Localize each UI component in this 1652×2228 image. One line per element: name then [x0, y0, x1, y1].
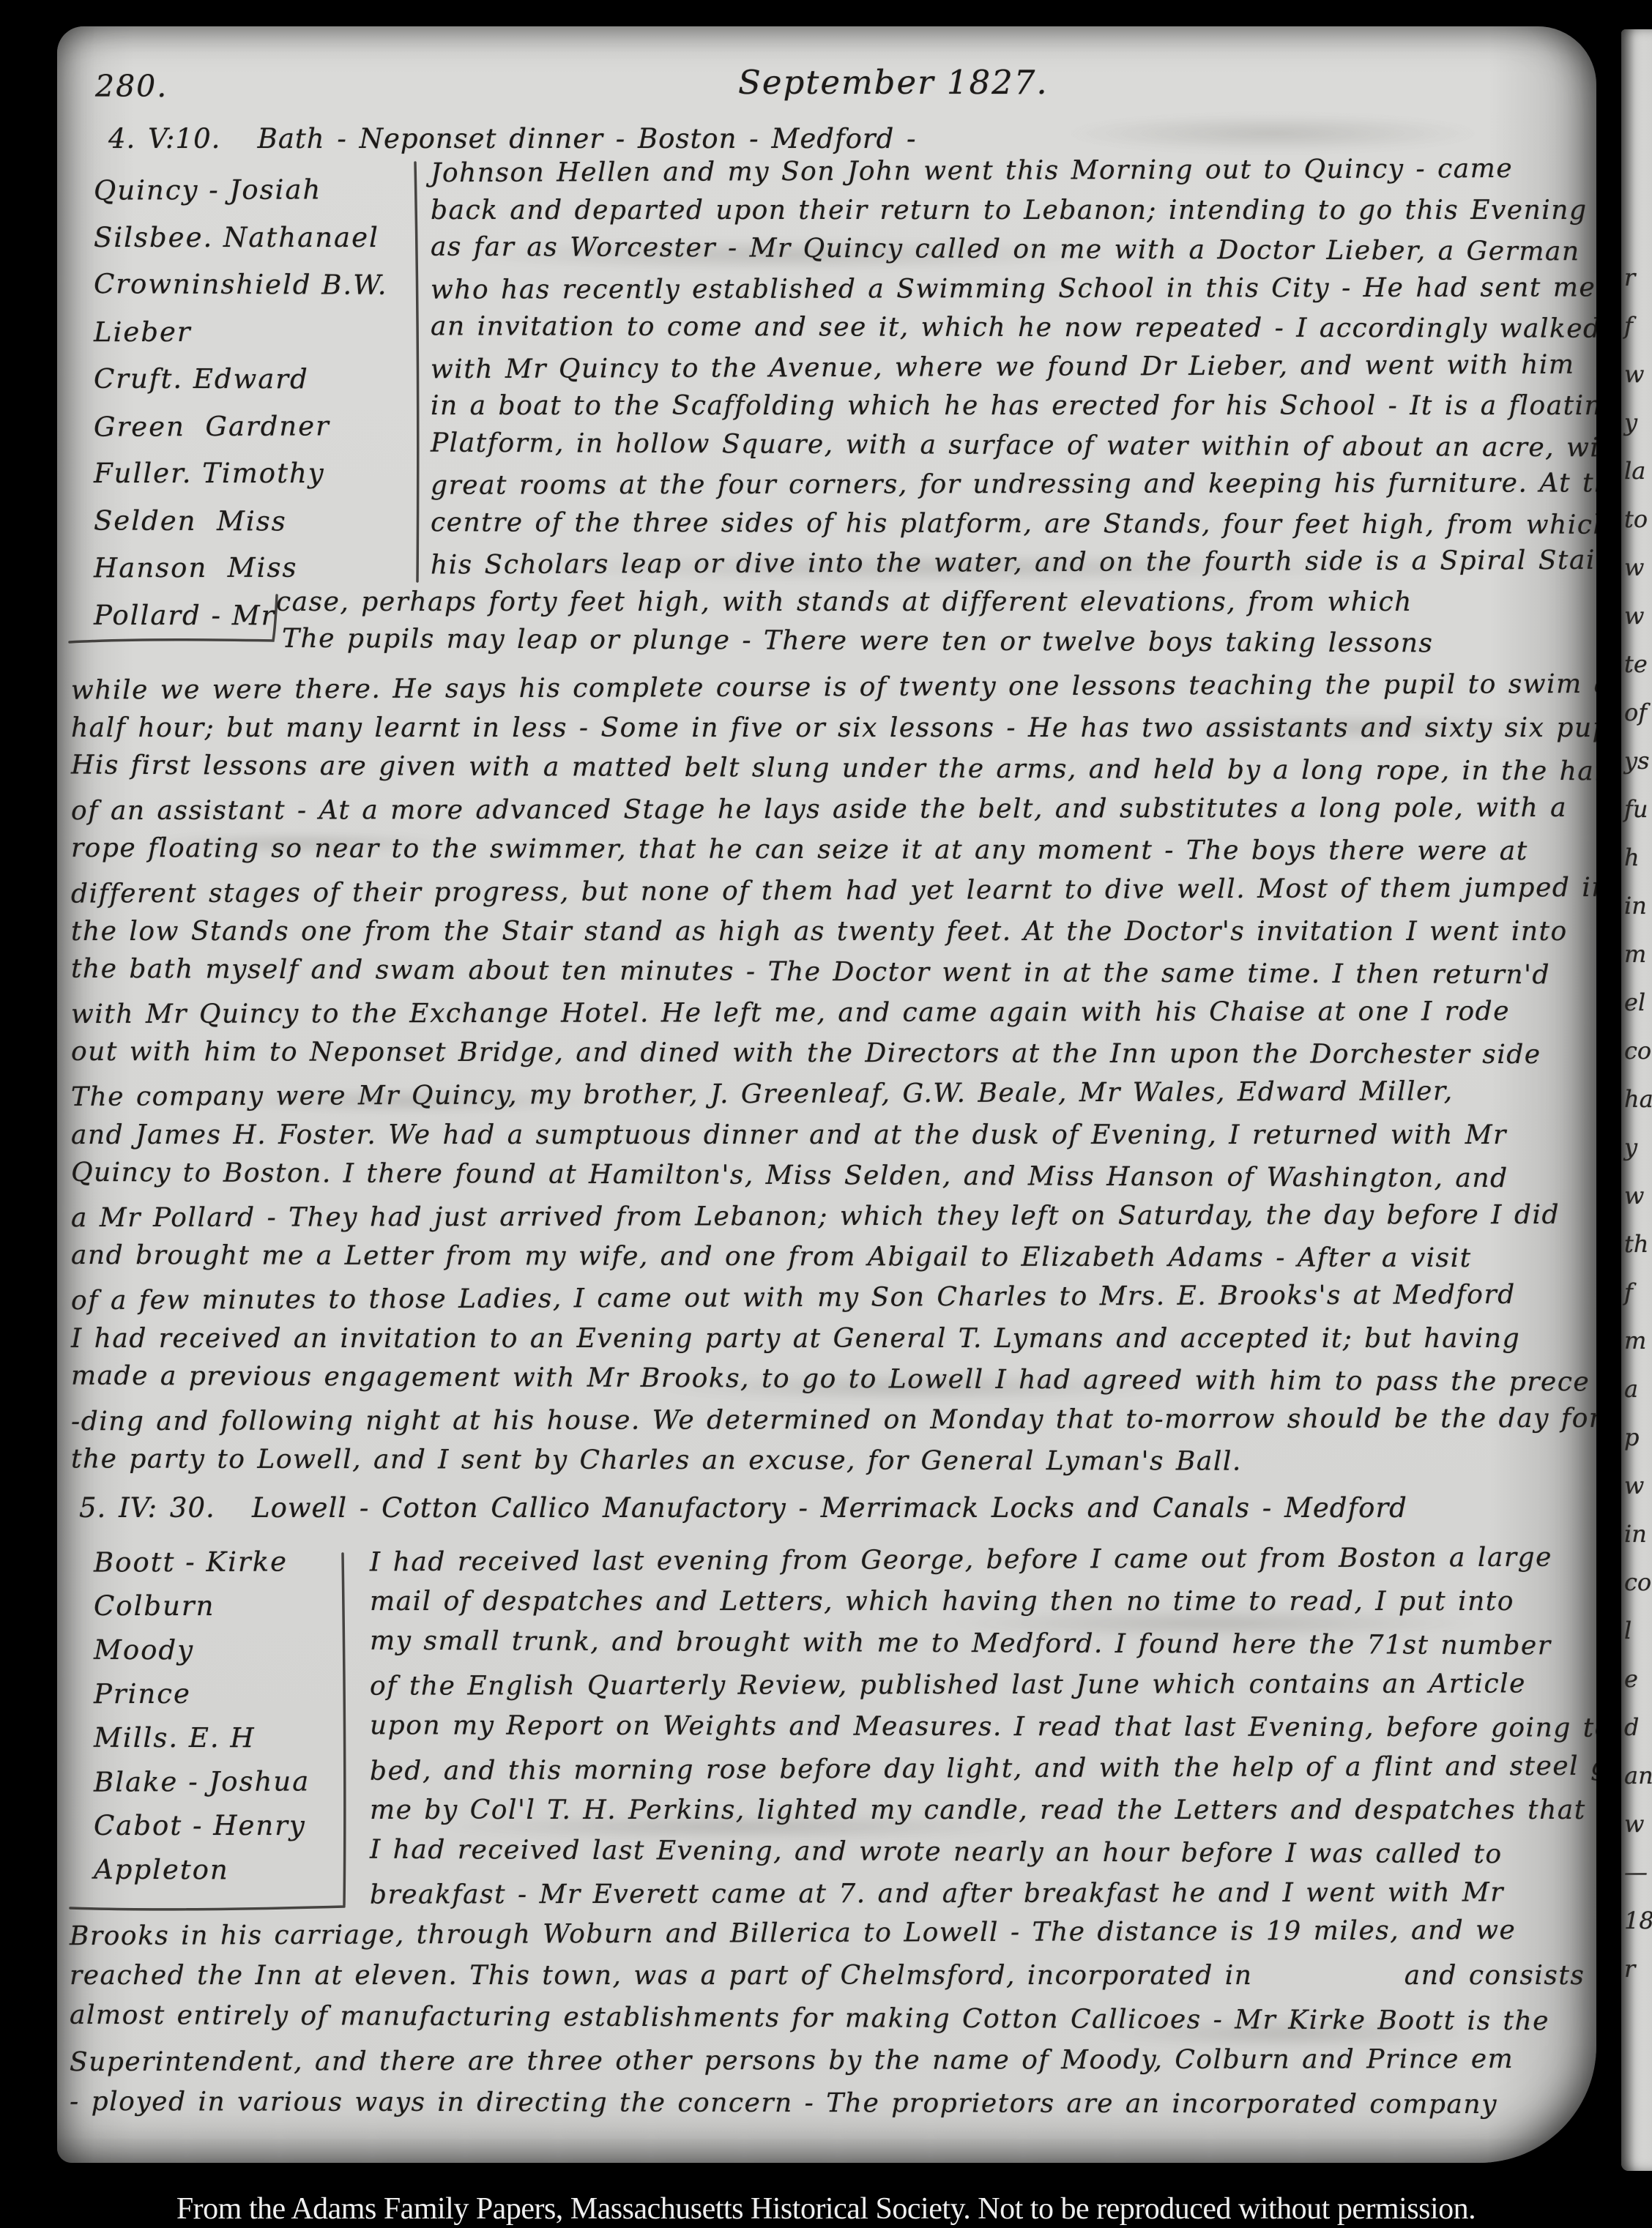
- manuscript-line: in a boat to the Scaffolding which he ha…: [431, 391, 1596, 421]
- text-fragment: h: [1624, 843, 1640, 871]
- manuscript-line: out with him to Neponset Bridge, and din…: [71, 1037, 1541, 1070]
- text-fragment: co: [1624, 1037, 1651, 1065]
- text-fragment: r: [1624, 1955, 1635, 1983]
- manuscript-line: back and departed upon their return to L…: [431, 195, 1588, 226]
- manuscript-line: as far as Worcester - Mr Quincy called o…: [431, 232, 1580, 267]
- text-fragment: w: [1624, 1182, 1644, 1210]
- text-fragment: p: [1624, 1423, 1640, 1451]
- entry-1-header: 4. V:10. Bath - Neponset dinner - Boston…: [108, 123, 917, 154]
- manuscript-line: Brooks in his carriage, through Woburn a…: [70, 1915, 1516, 1951]
- manuscript-line: rope floating so near to the swimmer, th…: [71, 833, 1528, 866]
- manuscript-line: an invitation to come and see it, which …: [431, 311, 1596, 343]
- margin-name: Pollard - Mr: [94, 600, 275, 632]
- text-fragment: f: [1624, 1278, 1633, 1306]
- facing-page-edge: rfwylatowwteofysfuhinmelcohaywthfmapwinc…: [1621, 29, 1652, 2171]
- margin-name: Cabot - Henry: [94, 1810, 306, 1841]
- margin-name: Colburn: [94, 1590, 215, 1622]
- margin-name: Quincy - Josiah: [94, 174, 321, 206]
- text-fragment: to: [1624, 505, 1648, 533]
- text-fragment: of: [1624, 698, 1647, 726]
- margin-name: Cruft. Edward: [94, 363, 309, 395]
- manuscript-line: I had received last evening from George,…: [370, 1543, 1552, 1578]
- manuscript-line: almost entirely of manufacturing establi…: [70, 2000, 1549, 2036]
- manuscript-line: bed, and this morning rose before day li…: [370, 1751, 1596, 1786]
- text-fragment: w: [1624, 1810, 1645, 1838]
- text-fragment: d: [1624, 1713, 1640, 1741]
- text-fragment: el: [1624, 988, 1645, 1016]
- manuscript-line: my small trunk, and brought with me to M…: [370, 1626, 1552, 1661]
- margin-name: Selden Miss: [94, 504, 287, 537]
- margin-name: Mills. E. H: [94, 1722, 256, 1754]
- margin-name: Moody: [94, 1634, 194, 1666]
- manuscript-line: reached the Inn at eleven. This town, wa…: [70, 1961, 1585, 1991]
- manuscript-line: the low Stands one from the Stair stand …: [71, 917, 1568, 947]
- text-fragment: a: [1624, 1375, 1638, 1403]
- manuscript-line: - ployed in various ways in directing th…: [70, 2087, 1497, 2120]
- manuscript-line: with Mr Quincy to the Avenue, where we f…: [431, 350, 1575, 385]
- manuscript-line: and James H. Foster. We had a sumptuous …: [71, 1120, 1507, 1150]
- manuscript-line: made a previous engagement with Mr Brook…: [71, 1361, 1590, 1398]
- text-fragment: e: [1624, 1665, 1638, 1693]
- text-fragment: la: [1624, 457, 1645, 485]
- manuscript-line: breakfast - Mr Everett came at 7. and af…: [370, 1877, 1504, 1910]
- text-fragment: f: [1624, 312, 1633, 340]
- page-number: 280.: [95, 69, 168, 104]
- text-fragment: r: [1624, 264, 1635, 291]
- manuscript-line: upon my Report on Weights and Measures. …: [370, 1710, 1596, 1743]
- manuscript-line: The company were Mr Quincy, my brother, …: [71, 1076, 1454, 1112]
- margin-name: Crowninshield B.W.: [94, 268, 388, 301]
- manuscript-line: of an assistant - At a more advanced Sta…: [71, 793, 1567, 826]
- manuscript-line: of the English Quarterly Review, publish…: [370, 1669, 1526, 1701]
- manuscript-line: with Mr Quincy to the Exchange Hotel. He…: [71, 996, 1510, 1029]
- text-fragment: te: [1624, 650, 1648, 678]
- manuscript-line: while we were there. He says his complet…: [71, 668, 1596, 705]
- scan-canvas: 280. September 1827. 4. V:10. Bath - Nep…: [0, 0, 1652, 2228]
- text-fragment: w: [1624, 360, 1645, 388]
- manuscript-line: I had received last Evening, and wrote n…: [370, 1835, 1503, 1869]
- manuscript-line: half hour; but many learnt in less - Som…: [71, 713, 1596, 743]
- manuscript-line: I had received an invitation to an Eveni…: [71, 1324, 1520, 1354]
- text-fragment: in: [1624, 1520, 1647, 1548]
- manuscript-line: his Scholars leap or dive into the water…: [431, 545, 1596, 581]
- text-fragment: in: [1624, 892, 1647, 920]
- manuscript-line: His first lessons are given with a matte…: [71, 750, 1596, 787]
- margin-name: Appleton: [94, 1854, 229, 1886]
- margin-name: Fuller. Timothy: [94, 458, 325, 489]
- text-fragment: y: [1624, 1133, 1637, 1161]
- text-fragment: ha: [1624, 1085, 1652, 1113]
- manuscript-line: me by Col'l T. H. Perkins, lighted my ca…: [370, 1795, 1586, 1825]
- margin-name: Lieber: [94, 316, 192, 348]
- manuscript-line: great rooms at the four corners, for und…: [431, 468, 1596, 500]
- manuscript-line: the bath myself and swam about ten minut…: [71, 954, 1550, 990]
- manuscript-line: who has recently established a Swimming …: [431, 272, 1596, 305]
- margin-name: Prince: [94, 1678, 191, 1710]
- text-fragment: an: [1624, 1762, 1652, 1789]
- margin-name: Hanson Miss: [94, 552, 298, 584]
- margin-name: Boott - Kirke: [94, 1546, 288, 1578]
- manuscript-line: centre of the three sides of his platfor…: [431, 507, 1596, 540]
- manuscript-line: and brought me a Letter from my wife, an…: [71, 1240, 1472, 1273]
- text-fragment: co: [1624, 1568, 1651, 1596]
- text-fragment: w: [1624, 602, 1645, 630]
- manuscript-line: mail of despatches and Letters, which ha…: [370, 1587, 1514, 1617]
- text-fragment: ys: [1624, 747, 1650, 775]
- text-fragment: l: [1624, 1617, 1631, 1644]
- margin-name: Silsbee. Nathanael: [94, 222, 379, 253]
- manuscript-line: Quincy to Boston. I there found at Hamil…: [71, 1158, 1508, 1193]
- text-fragment: 18: [1624, 1907, 1652, 1934]
- manuscript-line: Superintendent, and there are three othe…: [70, 2044, 1514, 2077]
- text-fragment: w: [1624, 1472, 1645, 1499]
- manuscript-line: case, perhaps forty feet high, with stan…: [276, 587, 1413, 617]
- margin-name: Blake - Joshua: [94, 1765, 310, 1797]
- entry-2-header: 5. IV: 30. Lowell - Cotton Callico Manuf…: [79, 1492, 1407, 1524]
- text-fragment: y: [1624, 409, 1637, 436]
- manuscript-line: The pupils may leap or plunge - There we…: [282, 624, 1434, 659]
- manuscript-line: of a few minutes to those Ladies, I came…: [71, 1280, 1516, 1316]
- text-fragment: m: [1624, 1327, 1647, 1355]
- manuscript-line: the party to Lowell, and I sent by Charl…: [71, 1444, 1242, 1476]
- text-fragment: w: [1624, 554, 1644, 581]
- text-fragment: m: [1624, 940, 1646, 968]
- manuscript-line: different stages of their progress, but …: [71, 872, 1596, 909]
- manuscript-page: 280. September 1827. 4. V:10. Bath - Nep…: [57, 26, 1596, 2163]
- manuscript-line: Johnson Hellen and my Son John went this…: [431, 154, 1513, 188]
- month-header: September 1827.: [738, 63, 1049, 102]
- text-fragment: th: [1624, 1230, 1649, 1258]
- text-fragment: —: [1624, 1858, 1648, 1886]
- manuscript-line: -ding and following night at his house. …: [71, 1404, 1596, 1437]
- manuscript-line: Platform, in hollow Square, with a surfa…: [431, 428, 1596, 463]
- manuscript-line: a Mr Pollard - They had just arrived fro…: [71, 1200, 1560, 1233]
- bleedthrough-smudge: [1068, 114, 1478, 152]
- margin-name: Green Gardner: [94, 410, 330, 442]
- text-fragment: fu: [1624, 795, 1648, 823]
- archive-credit-line: From the Adams Family Papers, Massachuse…: [0, 2191, 1652, 2227]
